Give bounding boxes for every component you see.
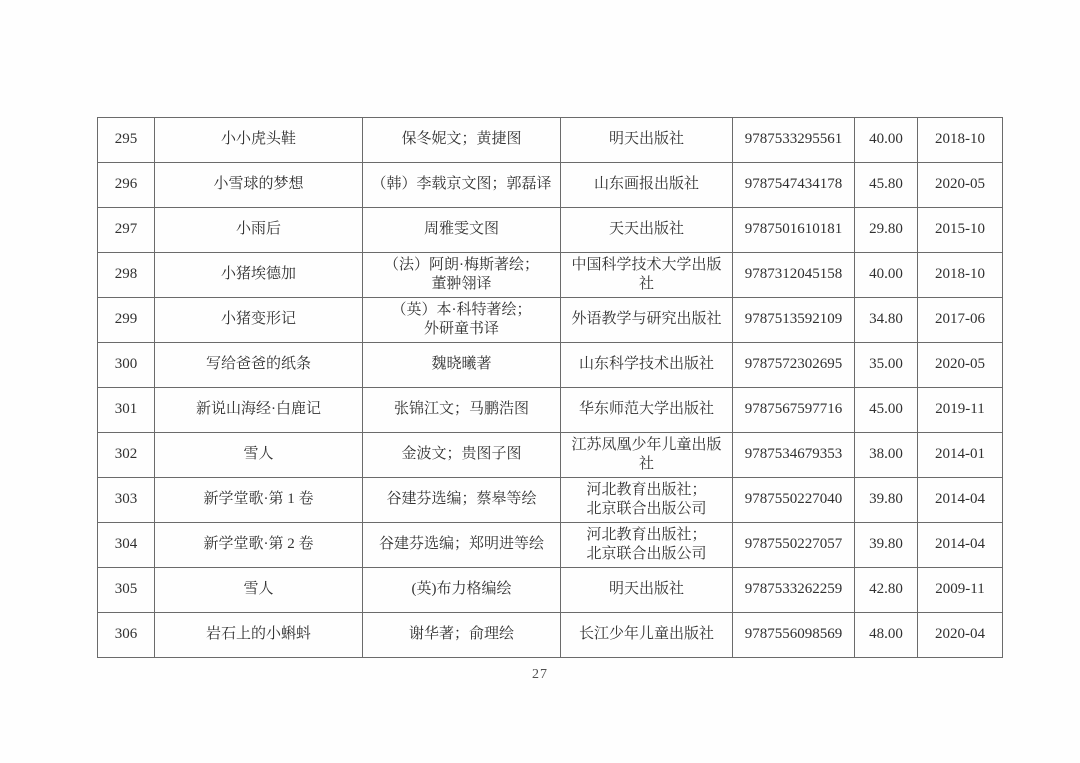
cell-number: 298 [98, 253, 155, 298]
cell-price: 34.80 [855, 298, 918, 343]
cell-title: 新学堂歌·第 2 卷 [155, 523, 363, 568]
cell-author: 谷建芬选编；蔡皋等绘 [363, 478, 561, 523]
cell-date: 2017-06 [918, 298, 1003, 343]
page-number: 27 [0, 667, 1080, 683]
cell-price: 39.80 [855, 523, 918, 568]
cell-price: 40.00 [855, 118, 918, 163]
cell-publisher: 山东画报出版社 [561, 163, 733, 208]
cell-price: 45.80 [855, 163, 918, 208]
cell-publisher: 江苏凤凰少年儿童出版社 [561, 433, 733, 478]
cell-isbn: 9787513592109 [733, 298, 855, 343]
cell-price: 35.00 [855, 343, 918, 388]
cell-title: 写给爸爸的纸条 [155, 343, 363, 388]
cell-isbn: 9787534679353 [733, 433, 855, 478]
cell-publisher: 河北教育出版社； 北京联合出版公司 [561, 478, 733, 523]
table-row: 295 小小虎头鞋 保冬妮文；黄捷图 明天出版社 9787533295561 4… [98, 118, 1003, 163]
cell-number: 305 [98, 568, 155, 613]
cell-price: 29.80 [855, 208, 918, 253]
table-row: 305 雪人 (英)布力格编绘 明天出版社 9787533262259 42.8… [98, 568, 1003, 613]
cell-date: 2020-05 [918, 343, 1003, 388]
cell-isbn: 9787312045158 [733, 253, 855, 298]
cell-publisher: 中国科学技术大学出版社 [561, 253, 733, 298]
cell-publisher: 山东科学技术出版社 [561, 343, 733, 388]
cell-isbn: 9787567597716 [733, 388, 855, 433]
cell-price: 48.00 [855, 613, 918, 658]
cell-title: 小小虎头鞋 [155, 118, 363, 163]
cell-number: 306 [98, 613, 155, 658]
cell-title: 新学堂歌·第 1 卷 [155, 478, 363, 523]
cell-price: 42.80 [855, 568, 918, 613]
cell-number: 297 [98, 208, 155, 253]
cell-isbn: 9787533295561 [733, 118, 855, 163]
cell-publisher: 长江少年儿童出版社 [561, 613, 733, 658]
cell-publisher: 天天出版社 [561, 208, 733, 253]
cell-author: （韩）李载京文图；郭磊译 [363, 163, 561, 208]
table-row: 298 小猪埃德加 （法）阿朗·梅斯著绘； 董翀翎译 中国科学技术大学出版社 9… [98, 253, 1003, 298]
cell-number: 300 [98, 343, 155, 388]
cell-date: 2014-04 [918, 478, 1003, 523]
cell-publisher: 外语教学与研究出版社 [561, 298, 733, 343]
table-row: 300 写给爸爸的纸条 魏晓曦著 山东科学技术出版社 9787572302695… [98, 343, 1003, 388]
cell-date: 2020-04 [918, 613, 1003, 658]
document-page: 295 小小虎头鞋 保冬妮文；黄捷图 明天出版社 9787533295561 4… [0, 0, 1080, 763]
cell-isbn: 9787556098569 [733, 613, 855, 658]
cell-author: （法）阿朗·梅斯著绘； 董翀翎译 [363, 253, 561, 298]
cell-author: （英）本·科特著绘； 外研童书译 [363, 298, 561, 343]
cell-number: 304 [98, 523, 155, 568]
cell-title: 小雨后 [155, 208, 363, 253]
cell-number: 296 [98, 163, 155, 208]
cell-date: 2020-05 [918, 163, 1003, 208]
cell-title: 雪人 [155, 568, 363, 613]
cell-date: 2015-10 [918, 208, 1003, 253]
cell-number: 299 [98, 298, 155, 343]
cell-author: 谷建芬选编；郑明进等绘 [363, 523, 561, 568]
cell-author: 保冬妮文；黄捷图 [363, 118, 561, 163]
cell-number: 303 [98, 478, 155, 523]
cell-title: 小猪埃德加 [155, 253, 363, 298]
cell-isbn: 9787501610181 [733, 208, 855, 253]
table-row: 299 小猪变形记 （英）本·科特著绘； 外研童书译 外语教学与研究出版社 97… [98, 298, 1003, 343]
cell-author: 金波文；贵图子图 [363, 433, 561, 478]
cell-price: 40.00 [855, 253, 918, 298]
cell-title: 小猪变形记 [155, 298, 363, 343]
cell-title: 小雪球的梦想 [155, 163, 363, 208]
books-table: 295 小小虎头鞋 保冬妮文；黄捷图 明天出版社 9787533295561 4… [97, 117, 1003, 658]
table-row: 296 小雪球的梦想 （韩）李载京文图；郭磊译 山东画报出版社 97875474… [98, 163, 1003, 208]
table-row: 297 小雨后 周雅雯文图 天天出版社 9787501610181 29.80 … [98, 208, 1003, 253]
cell-author: 谢华著；俞理绘 [363, 613, 561, 658]
cell-title: 新说山海经·白鹿记 [155, 388, 363, 433]
cell-date: 2014-01 [918, 433, 1003, 478]
cell-publisher: 明天出版社 [561, 568, 733, 613]
cell-number: 302 [98, 433, 155, 478]
cell-price: 39.80 [855, 478, 918, 523]
table-row: 301 新说山海经·白鹿记 张锦江文；马鹏浩图 华东师范大学出版社 978756… [98, 388, 1003, 433]
cell-date: 2014-04 [918, 523, 1003, 568]
cell-number: 295 [98, 118, 155, 163]
cell-author: (英)布力格编绘 [363, 568, 561, 613]
cell-isbn: 9787572302695 [733, 343, 855, 388]
cell-author: 周雅雯文图 [363, 208, 561, 253]
cell-price: 38.00 [855, 433, 918, 478]
cell-publisher: 华东师范大学出版社 [561, 388, 733, 433]
cell-title: 雪人 [155, 433, 363, 478]
table-row: 306 岩石上的小蝌蚪 谢华著；俞理绘 长江少年儿童出版社 9787556098… [98, 613, 1003, 658]
cell-publisher: 明天出版社 [561, 118, 733, 163]
cell-isbn: 9787533262259 [733, 568, 855, 613]
cell-publisher: 河北教育出版社； 北京联合出版公司 [561, 523, 733, 568]
cell-author: 魏晓曦著 [363, 343, 561, 388]
cell-title: 岩石上的小蝌蚪 [155, 613, 363, 658]
cell-date: 2018-10 [918, 253, 1003, 298]
table-row: 302 雪人 金波文；贵图子图 江苏凤凰少年儿童出版社 978753467935… [98, 433, 1003, 478]
cell-isbn: 9787547434178 [733, 163, 855, 208]
table-row: 304 新学堂歌·第 2 卷 谷建芬选编；郑明进等绘 河北教育出版社； 北京联合… [98, 523, 1003, 568]
cell-price: 45.00 [855, 388, 918, 433]
cell-date: 2009-11 [918, 568, 1003, 613]
cell-author: 张锦江文；马鹏浩图 [363, 388, 561, 433]
cell-date: 2018-10 [918, 118, 1003, 163]
cell-isbn: 9787550227057 [733, 523, 855, 568]
table-row: 303 新学堂歌·第 1 卷 谷建芬选编；蔡皋等绘 河北教育出版社； 北京联合出… [98, 478, 1003, 523]
cell-number: 301 [98, 388, 155, 433]
cell-isbn: 9787550227040 [733, 478, 855, 523]
cell-date: 2019-11 [918, 388, 1003, 433]
